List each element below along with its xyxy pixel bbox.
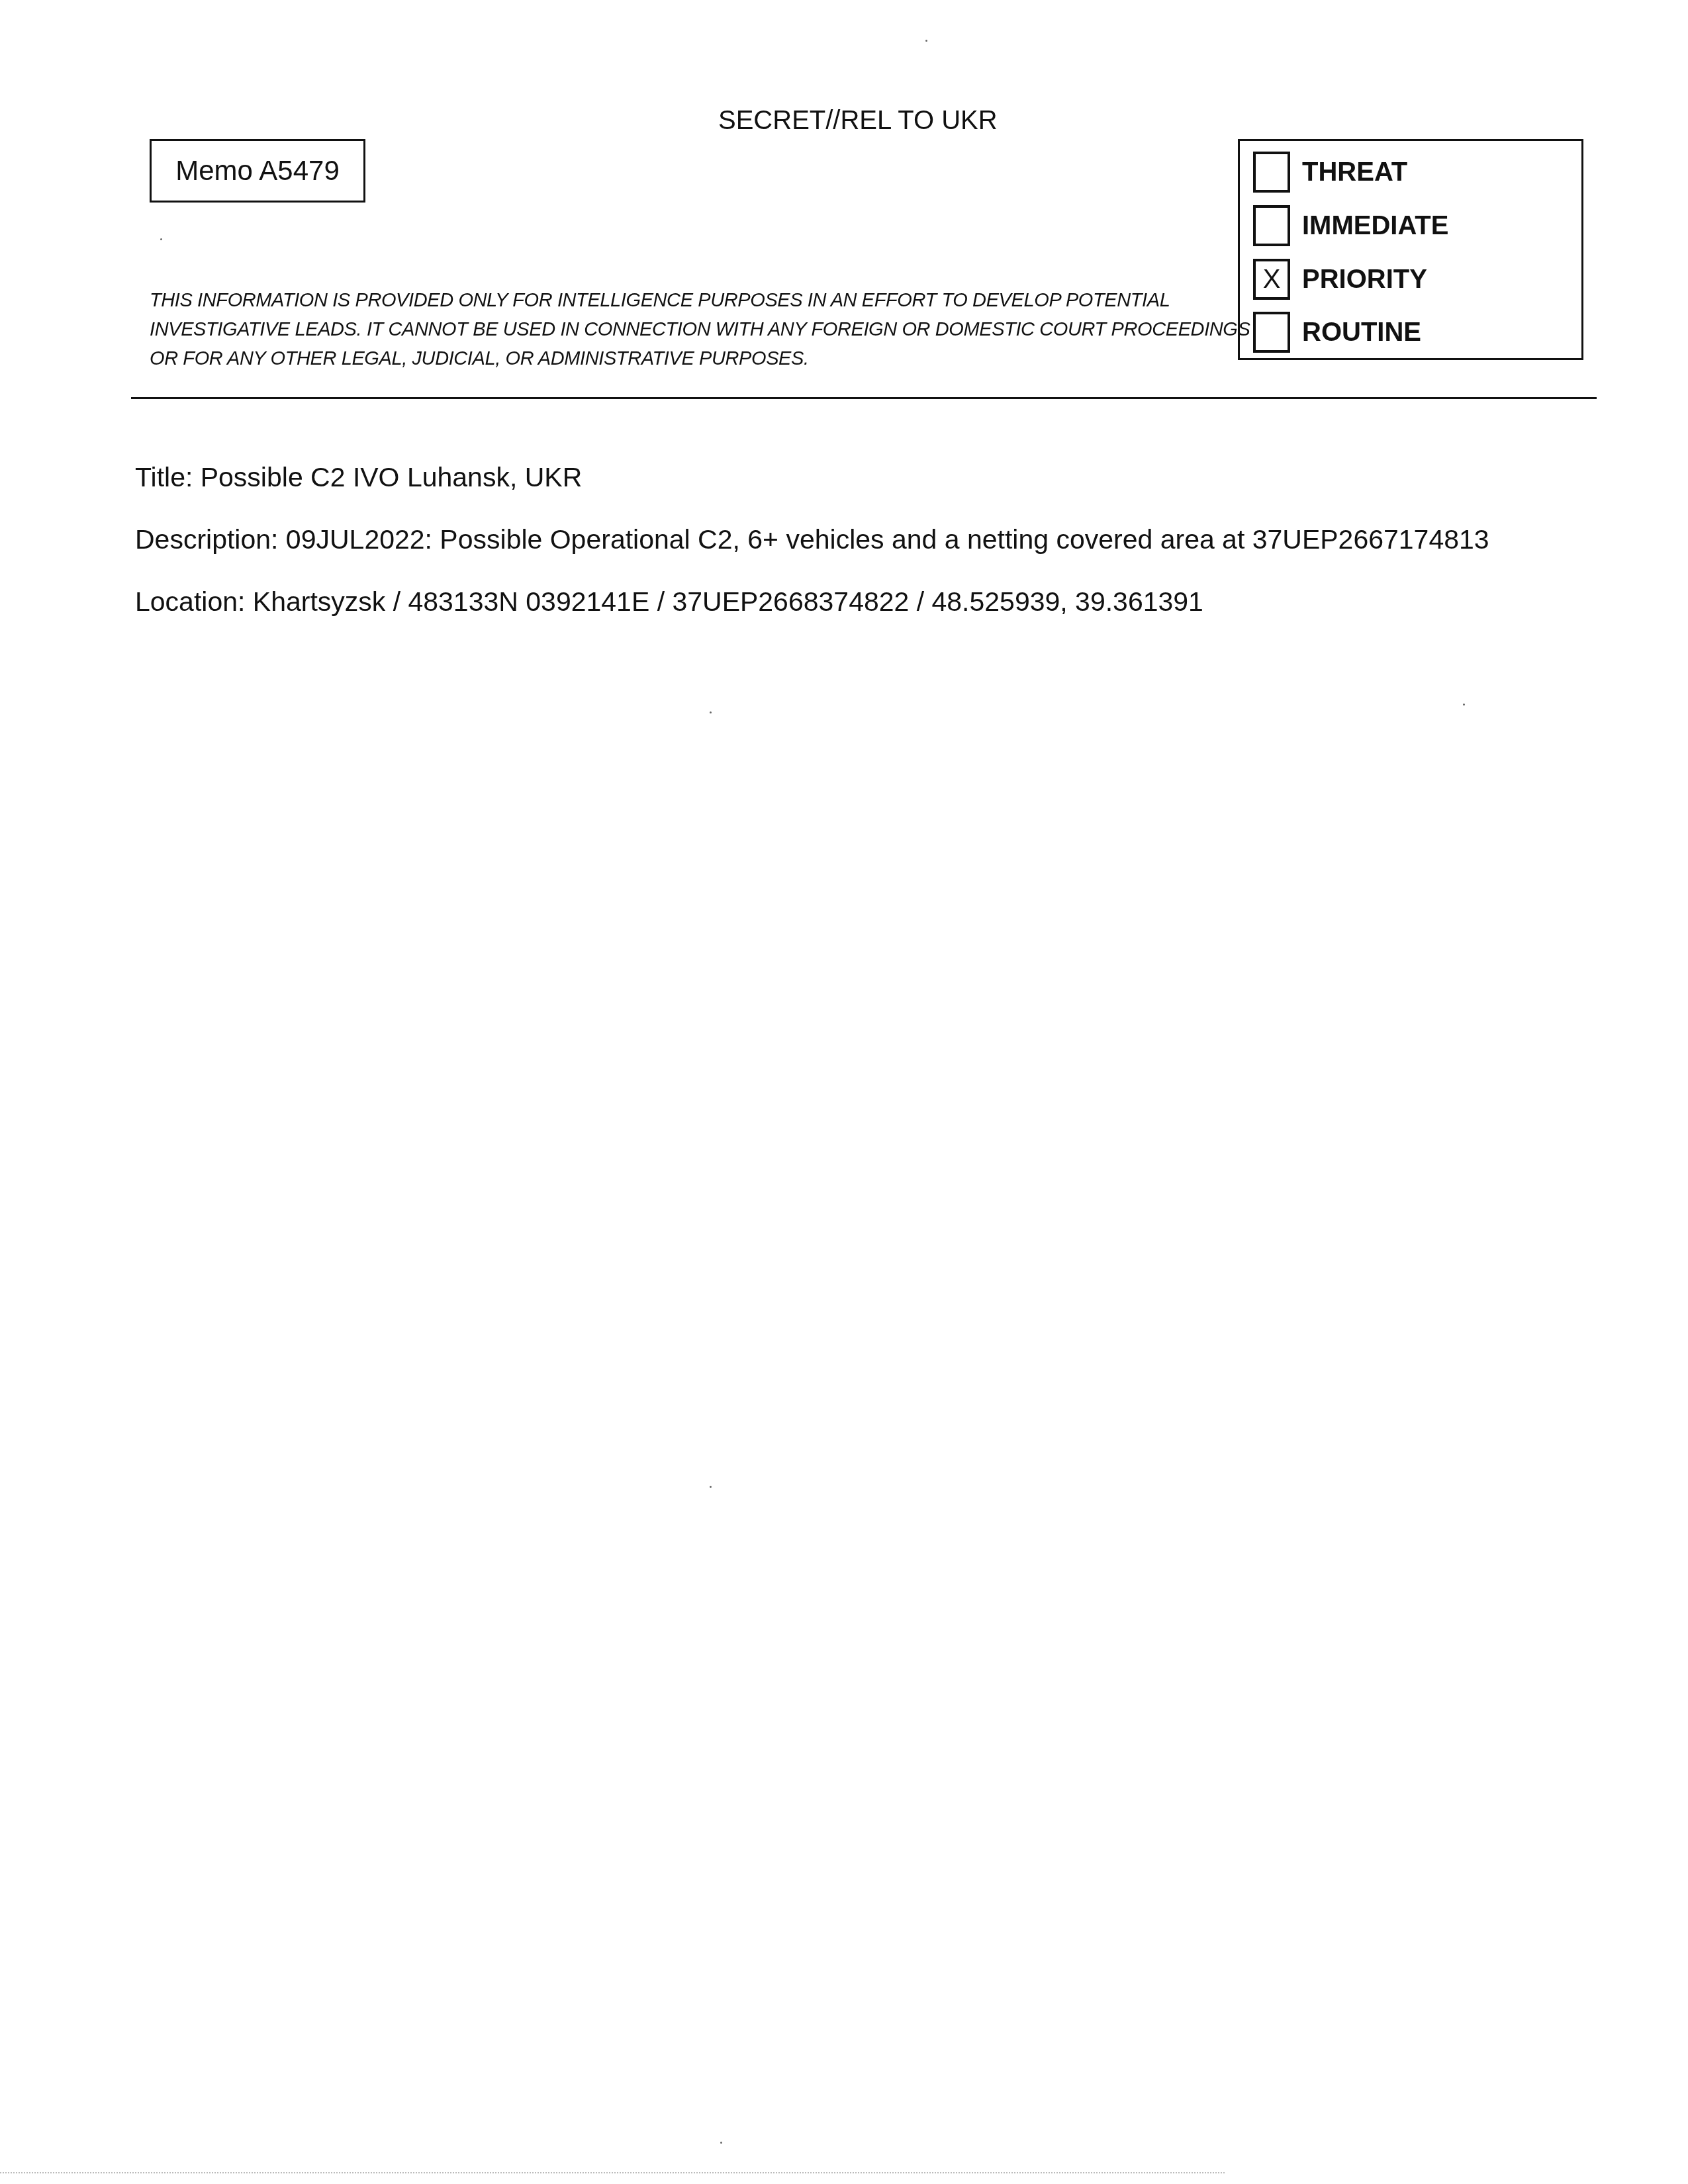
classification-text: SECRET//REL TO UKR xyxy=(718,106,998,136)
disclaimer: THIS INFORMATION IS PROVIDED ONLY FOR IN… xyxy=(150,286,1222,373)
precedence-threat: THREAT xyxy=(1253,150,1407,194)
scan-speck xyxy=(925,40,927,42)
scan-speck xyxy=(720,2142,722,2144)
checkbox-routine[interactable] xyxy=(1253,312,1290,353)
precedence-label: THREAT xyxy=(1302,158,1407,187)
memo-id-box: Memo A5479 xyxy=(150,139,365,203)
memo-id: Memo A5479 xyxy=(175,155,340,187)
checkbox-threat[interactable] xyxy=(1253,152,1290,193)
scan-speck xyxy=(710,711,712,713)
precedence-box: THREAT IMMEDIATE X PRIORITY ROUTINE xyxy=(1238,139,1583,360)
precedence-routine: ROUTINE xyxy=(1253,310,1421,354)
header-divider xyxy=(131,397,1597,399)
disclaimer-line: INVESTIGATIVE LEADS. IT CANNOT BE USED I… xyxy=(150,315,1222,344)
scan-speck xyxy=(160,238,162,240)
scan-speck xyxy=(710,1486,712,1488)
description-field: Description: 09JUL2022: Possible Operati… xyxy=(135,524,1489,555)
checkbox-priority[interactable]: X xyxy=(1253,259,1290,300)
precedence-priority: X PRIORITY xyxy=(1253,257,1427,301)
scan-edge-noise xyxy=(0,2172,1225,2173)
precedence-label: PRIORITY xyxy=(1302,265,1427,295)
disclaimer-line: OR FOR ANY OTHER LEGAL, JUDICIAL, OR ADM… xyxy=(150,344,1222,373)
precedence-immediate: IMMEDIATE xyxy=(1253,204,1448,248)
title-field: Title: Possible C2 IVO Luhansk, UKR xyxy=(135,462,582,493)
disclaimer-line: THIS INFORMATION IS PROVIDED ONLY FOR IN… xyxy=(150,286,1222,315)
precedence-label: ROUTINE xyxy=(1302,318,1421,347)
scan-speck xyxy=(1463,704,1465,705)
checkbox-immediate[interactable] xyxy=(1253,205,1290,246)
precedence-label: IMMEDIATE xyxy=(1302,211,1448,241)
location-field: Location: Khartsyzsk / 483133N 0392141E … xyxy=(135,586,1203,617)
